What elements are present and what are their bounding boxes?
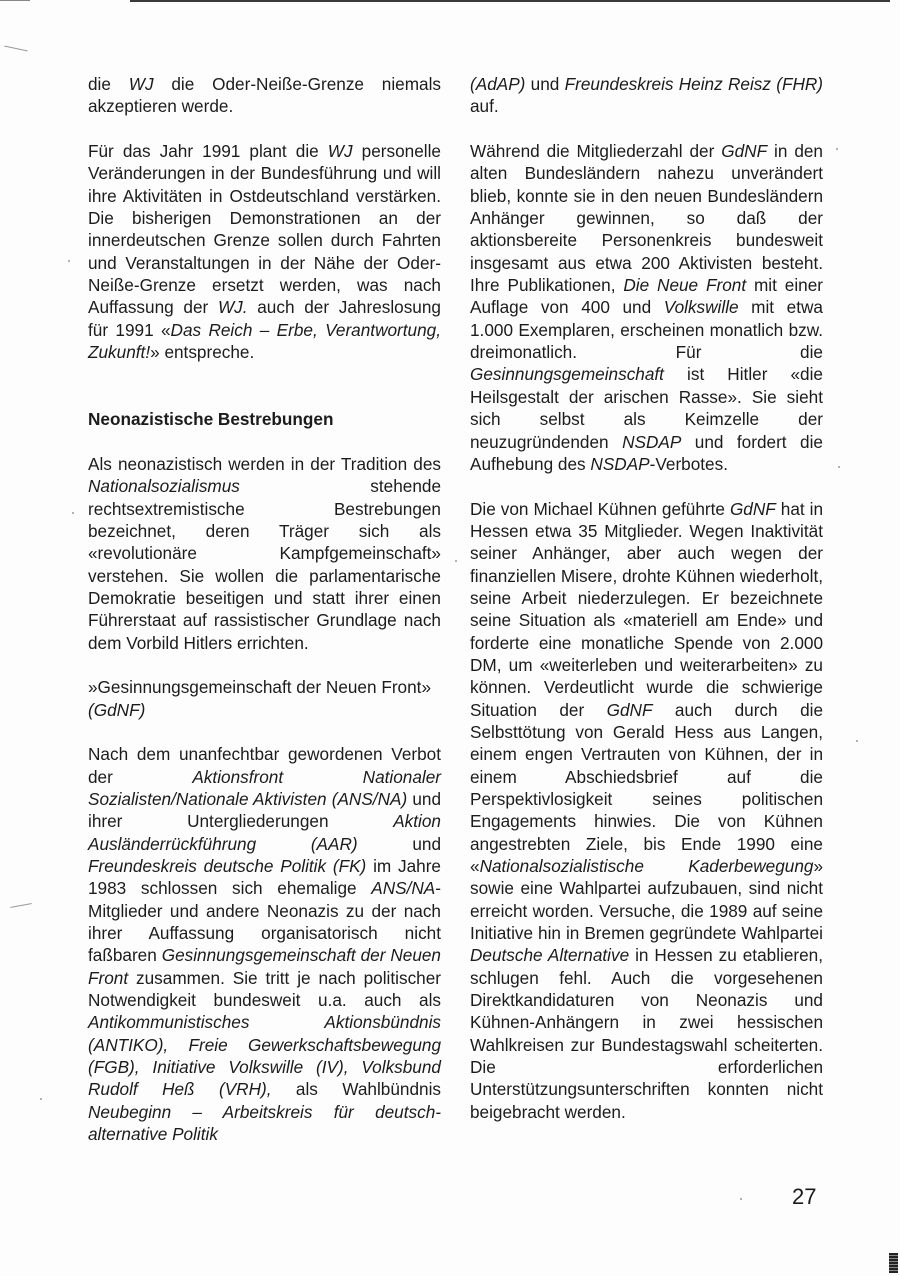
text: hat in Hessen etwa 35 Mitglieder. Wegen … (470, 499, 823, 720)
text: Während die Mitgliederzahl der (470, 141, 721, 161)
italic-text: Nationalsozialistische Kaderbewegung (480, 856, 814, 876)
scan-artifact-mark (889, 1253, 898, 1273)
italic-text: Freundeskreis deutsche Politik (FK) (88, 856, 366, 876)
scan-speck (4, 46, 28, 52)
italic-text: GdNF (730, 499, 776, 519)
scan-speck (856, 740, 858, 742)
paragraph-gdnf-membership: Während die Mitgliederzahl der GdNF in d… (470, 140, 823, 475)
text: Für das Jahr 1991 plant die (88, 141, 328, 161)
top-border-rule (130, 0, 890, 2)
text: Als neonazistisch werden in der Traditio… (88, 454, 441, 474)
paragraph-adap-fhr: (AdAP) und Freundeskreis Heinz Reisz (FH… (470, 73, 823, 118)
text: als Wahlbündnis (271, 1079, 441, 1099)
text: in den alten Bundesländern nahezu unverä… (470, 141, 823, 295)
text: und (358, 834, 441, 854)
italic-text: WJ (129, 74, 154, 94)
scan-speck (838, 466, 840, 468)
scan-speck (740, 1198, 742, 1200)
italic-text: (GdNF) (88, 700, 145, 720)
text: auch durch die Selbsttötung von Gerald H… (470, 700, 823, 876)
italic-text: Nationalsozialismus (88, 476, 240, 496)
text: zusammen. Sie tritt je nach politischer … (88, 968, 441, 1010)
italic-text: GdNF (721, 141, 767, 161)
scan-speck (836, 148, 838, 150)
italic-text: (AdAP) (470, 74, 525, 94)
italic-text: NSDAP (622, 432, 681, 452)
italic-text: Neubeginn – Arbeitskreis für deutsch-alt… (88, 1102, 441, 1144)
page-number: 27 (792, 1184, 816, 1210)
top-left-rule (0, 0, 30, 1)
section-heading: Neonazistische Bestrebungen (88, 408, 441, 430)
italic-text: WJ. (218, 297, 248, 317)
right-column: (AdAP) und Freundeskreis Heinz Reisz (FH… (470, 73, 823, 1123)
italic-text: GdNF (607, 700, 653, 720)
text: auf. (470, 96, 499, 116)
scan-speck (455, 560, 457, 562)
scan-speck (10, 903, 32, 908)
left-column: die WJ die Oder-Neiße-Grenze niemals akz… (88, 73, 441, 1146)
text: »Gesinnungsgemeinschaft der Neuen Front» (88, 677, 431, 697)
paragraph-neonazi-definition: Als neonazistisch werden in der Traditio… (88, 453, 441, 654)
text: -Verbotes. (650, 454, 728, 474)
text: in Hessen zu etablieren, schlugen fehl. … (470, 945, 823, 1121)
paragraph-gdnf-founding: Nach dem unanfechtbar gewordenen Verbot … (88, 743, 441, 1145)
text: die (88, 74, 129, 94)
italic-text: WJ (328, 141, 353, 161)
italic-text: Gesinnungsgemeinschaft (470, 364, 664, 384)
italic-text: Deutsche Alternative (470, 945, 629, 965)
paragraph-wj-1991: Für das Jahr 1991 plant die WJ personell… (88, 140, 441, 363)
paragraph-kuehnen-hessen: Die von Michael Kühnen geführte GdNF hat… (470, 498, 823, 1124)
scan-speck (72, 512, 74, 514)
italic-text: Volkswille (664, 297, 739, 317)
text: » entspreche. (150, 342, 254, 362)
italic-text: Die Neue Front (623, 275, 746, 295)
italic-text: NSDAP (590, 454, 649, 474)
text: Die von Michael Kühnen geführte (470, 499, 730, 519)
text: personelle Veränderungen in der Bundesfü… (88, 141, 441, 317)
subsection-heading-gdnf: »Gesinnungsgemeinschaft der Neuen Front»… (88, 676, 441, 721)
document-page: die WJ die Oder-Neiße-Grenze niemals akz… (0, 0, 900, 1276)
italic-text: Freundeskreis Heinz Reisz (FHR) (565, 74, 823, 94)
scan-speck (40, 1098, 42, 1100)
scan-speck (68, 260, 70, 262)
italic-text: ANS/NA (371, 878, 435, 898)
text: und (525, 74, 564, 94)
text: stehende rechtsextremistische Bestrebung… (88, 476, 441, 652)
paragraph-wj-oder-neisse: die WJ die Oder-Neiße-Grenze niemals akz… (88, 73, 441, 118)
